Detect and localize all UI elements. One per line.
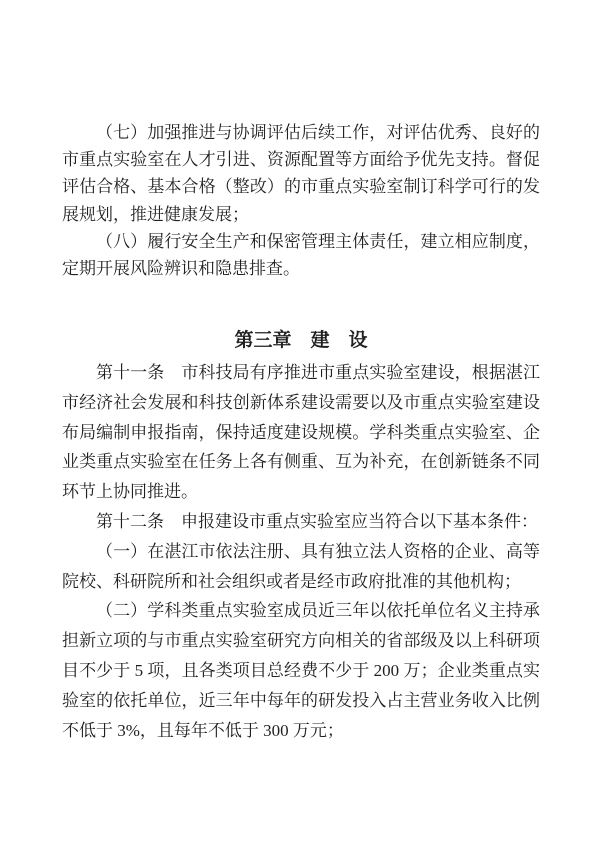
article-11-paragraph: 第十一条 市科技局有序推进市重点实验室建设，根据湛江市经济社会发展和科技创新体系…: [62, 358, 540, 507]
article-12-intro-paragraph: 第十二条 申报建设市重点实验室应当符合以下基本条件：: [62, 507, 540, 537]
lower-text-block: 第十一条 市科技局有序推进市重点实验室建设，根据湛江市经济社会发展和科技创新体系…: [62, 358, 540, 745]
article-12-item-1-paragraph: （一）在湛江市依法注册、具有独立法人资格的企业、高等院校、科研院所和社会组织或者…: [62, 537, 540, 597]
document-page: （七）加强推进与协调评估后续工作，对评估优秀、良好的市重点实验室在人才引进、资源…: [0, 0, 601, 850]
clause-8-paragraph: （八）履行安全生产和保密管理主体责任，建立相应制度，定期开展风险辨识和隐患排查。: [62, 228, 540, 282]
clause-7-paragraph: （七）加强推进与协调评估后续工作，对评估优秀、良好的市重点实验室在人才引进、资源…: [62, 119, 540, 228]
upper-text-block: （七）加强推进与协调评估后续工作，对评估优秀、良好的市重点实验室在人才引进、资源…: [62, 119, 540, 282]
article-12-item-2-paragraph: （二）学科类重点实验室成员近三年以依托单位名义主持承担新立项的与市重点实验室研究…: [62, 596, 540, 745]
chapter-3-heading: 第三章 建 设: [62, 329, 540, 352]
